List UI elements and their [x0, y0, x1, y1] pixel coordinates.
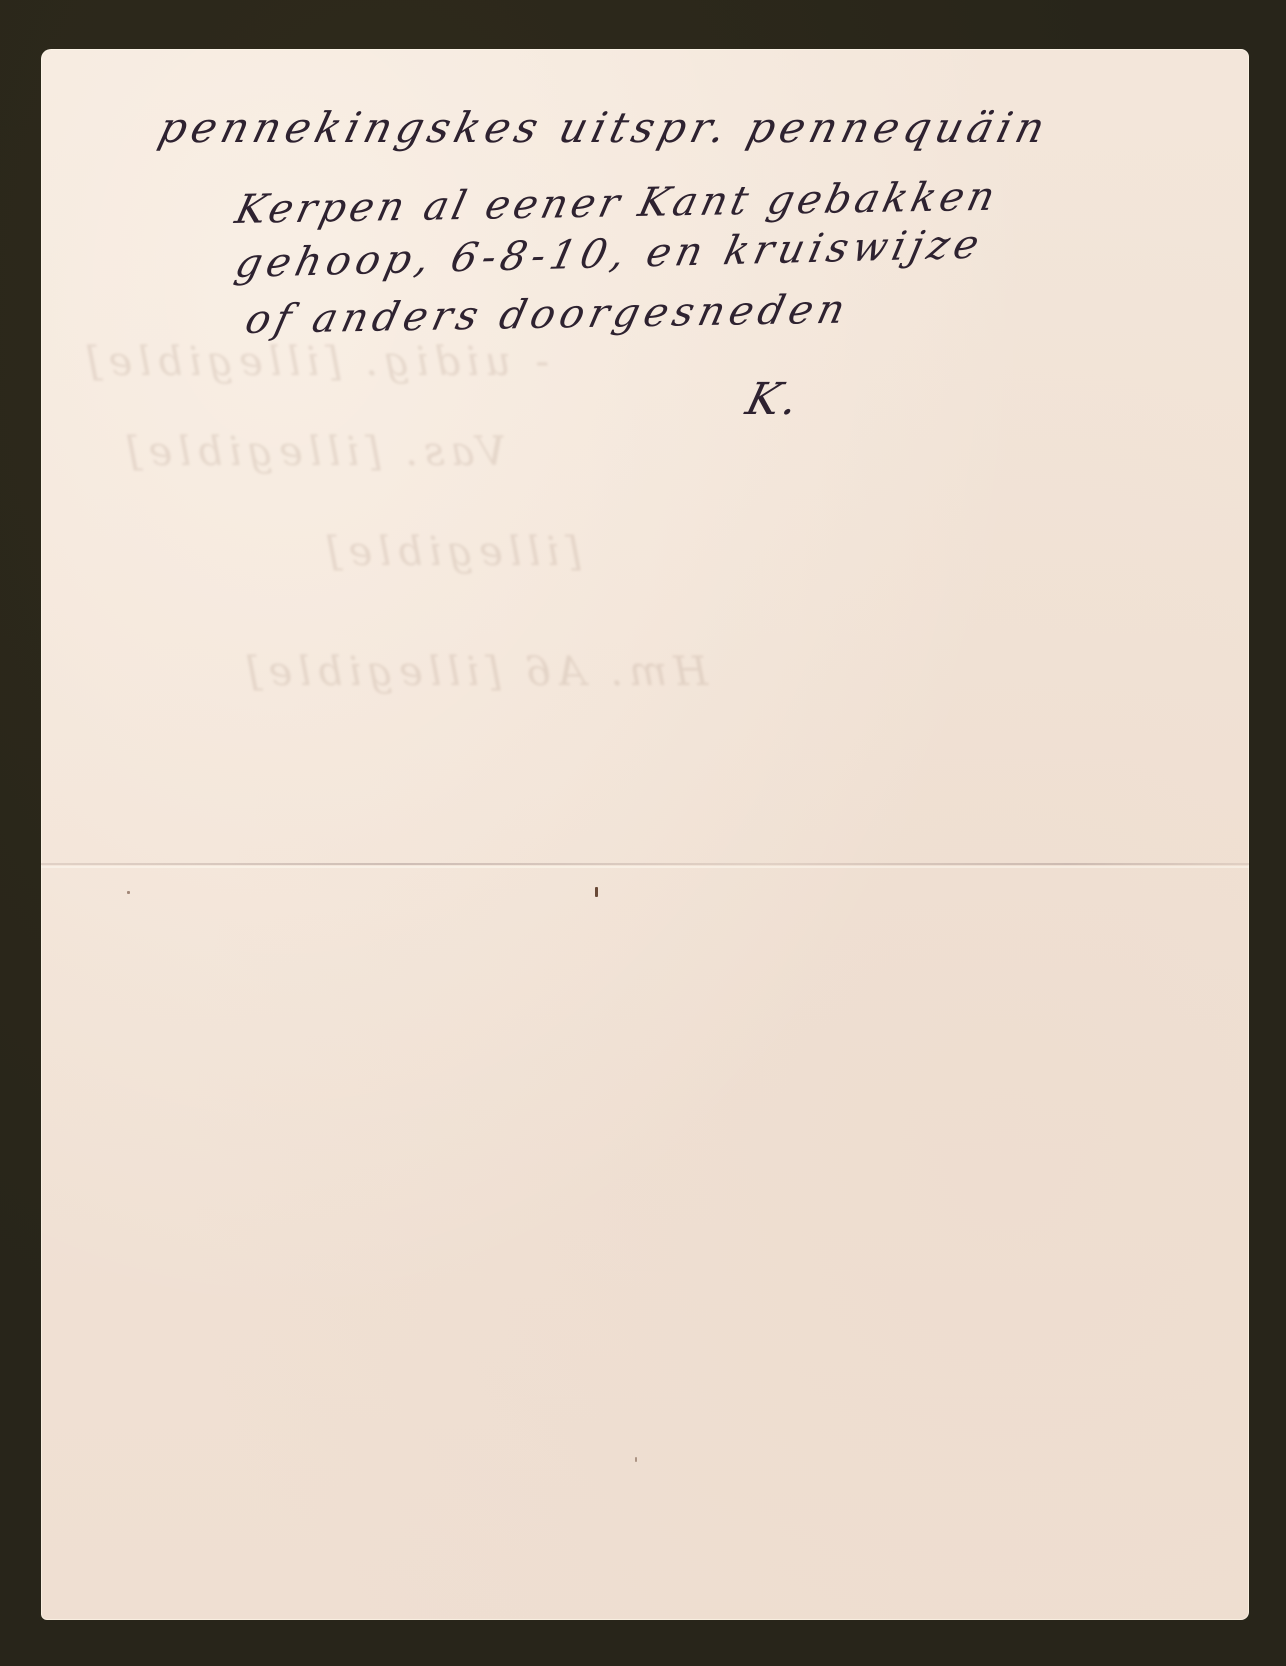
ink-speck [635, 1457, 637, 1462]
handwritten-line-3: gehoop, 6-8-10, en kruiswijze [231, 222, 988, 287]
bleed-through-text: Hm. A6 [illegible] [241, 649, 708, 695]
signature-initial: K. [741, 374, 807, 425]
document-page: - uidig. [illegible] Vas. [illegible] [i… [41, 49, 1249, 1620]
handwritten-line-4: of anders doorgesneden [241, 287, 854, 343]
fold-crease-highlight [41, 866, 1249, 868]
ink-speck [127, 891, 130, 894]
bleed-through-text: Vas. [illegible] [121, 429, 506, 475]
fold-crease [41, 863, 1249, 865]
bleed-through-text: [illegible] [321, 529, 581, 575]
handwritten-line-1: pennekingskes uitspr. pennequäin [154, 103, 1055, 152]
bleed-through-text: - uidig. [illegible] [81, 339, 549, 385]
ink-speck [595, 887, 598, 897]
